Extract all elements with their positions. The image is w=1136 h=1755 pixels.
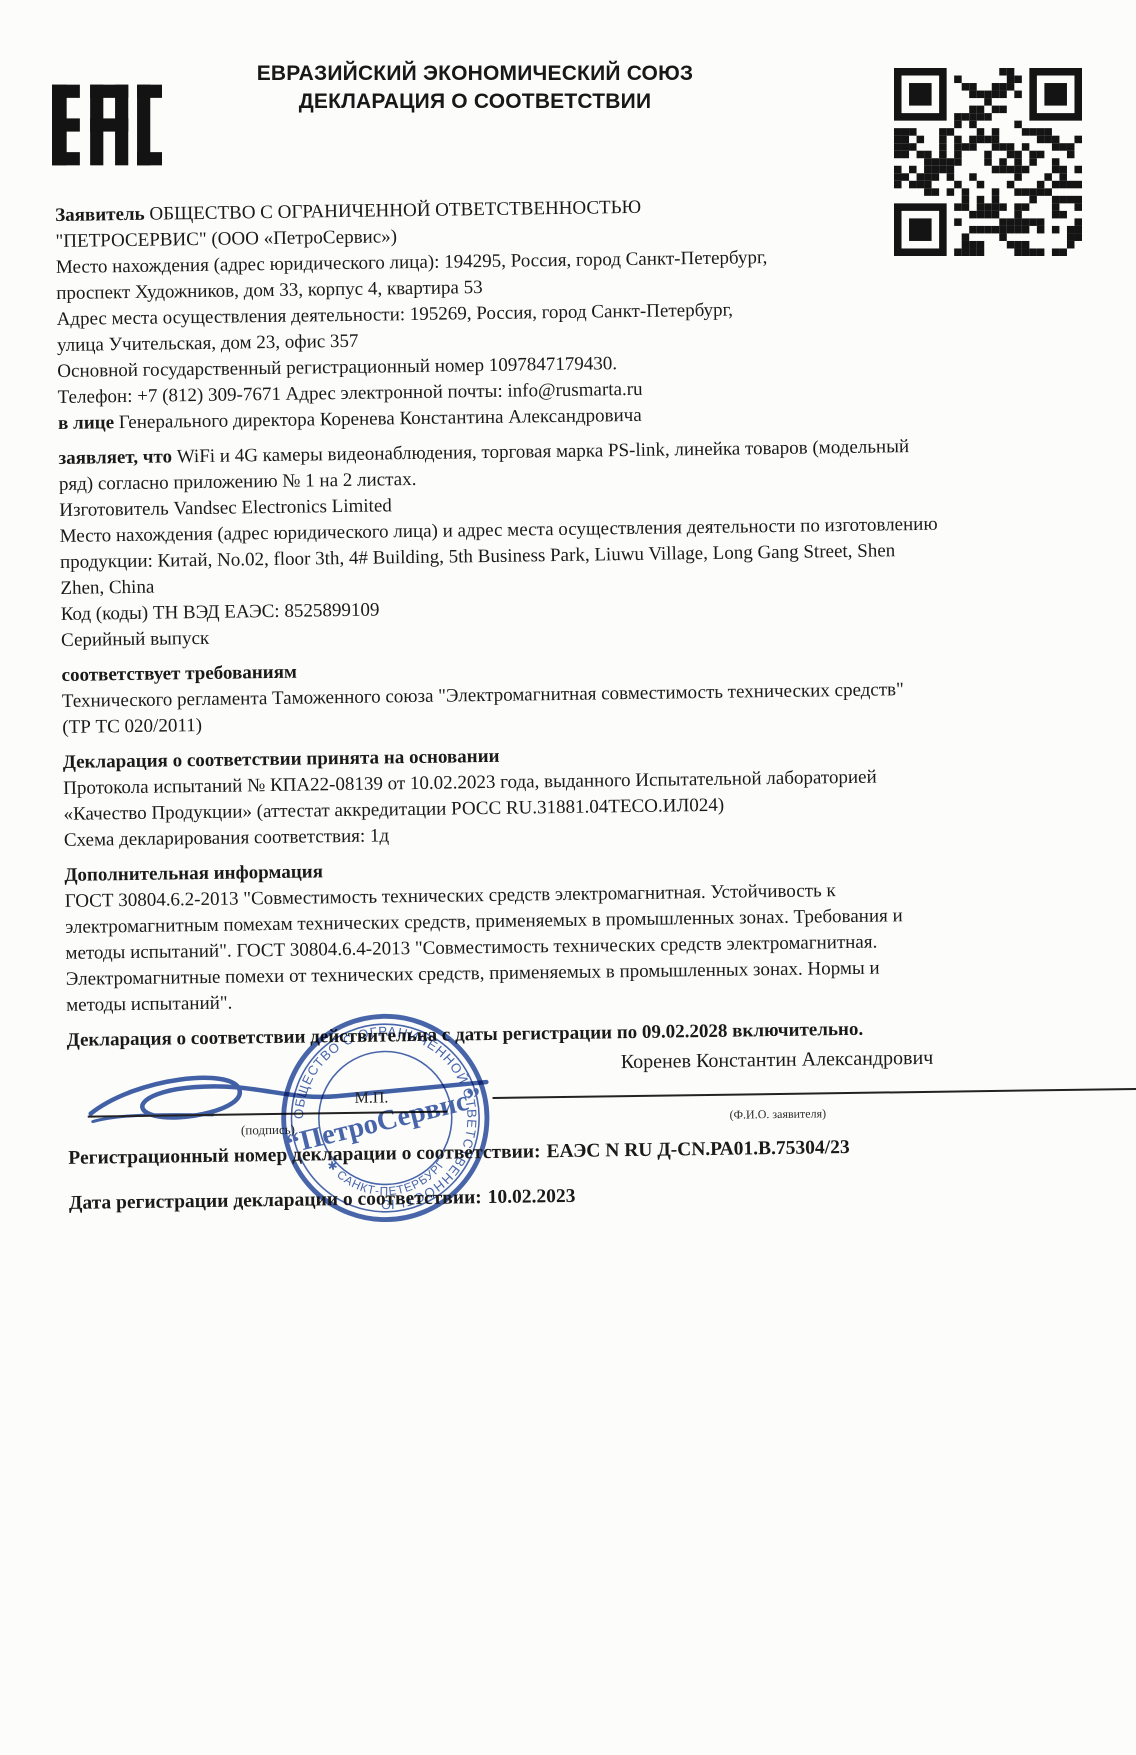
registration-date-label: Дата регистрации декларации о соответств… bbox=[69, 1187, 482, 1214]
title-declaration: ДЕКЛАРАЦИЯ О СООТВЕТСТВИИ bbox=[230, 88, 720, 116]
name-line bbox=[493, 1088, 1136, 1099]
document-body: ЗаявительОБЩЕСТВО С ОГРАНИЧЕННОЙ ОТВЕТСТ… bbox=[55, 188, 1129, 1054]
declaration-document: ЕВРАЗИЙСКИЙ ЭКОНОМИЧЕСКИЙ СОЮЗ ДЕКЛАРАЦИ… bbox=[0, 0, 1136, 1755]
paragraph-manufacturer-address: Место нахождения (адрес юридического лиц… bbox=[59, 509, 1122, 602]
name-caption: (Ф.И.О. заявителя) bbox=[628, 1099, 928, 1129]
registration-date-line: Дата регистрации декларации о соответств… bbox=[69, 1176, 1136, 1217]
registration-number-label: Регистрационный номер декларации о соотв… bbox=[68, 1141, 540, 1169]
registration-number-value: ЕАЭС N RU Д-CN.РА01.В.75304/23 bbox=[546, 1137, 849, 1162]
registration-date-value: 10.02.2023 bbox=[488, 1186, 576, 1208]
title-union: ЕВРАЗИЙСКИЙ ЭКОНОМИЧЕСКИЙ СОЮЗ bbox=[230, 60, 720, 88]
paragraph-gost-standards: ГОСТ 30804.6.2-2013 "Совместимость техни… bbox=[65, 874, 1129, 1019]
eac-logo bbox=[52, 72, 162, 178]
applicant-name: Коренев Константин Александрович bbox=[497, 1043, 1057, 1077]
document-title: ЕВРАЗИЙСКИЙ ЭКОНОМИЧЕСКИЙ СОЮЗ ДЕКЛАРАЦИ… bbox=[230, 60, 720, 116]
